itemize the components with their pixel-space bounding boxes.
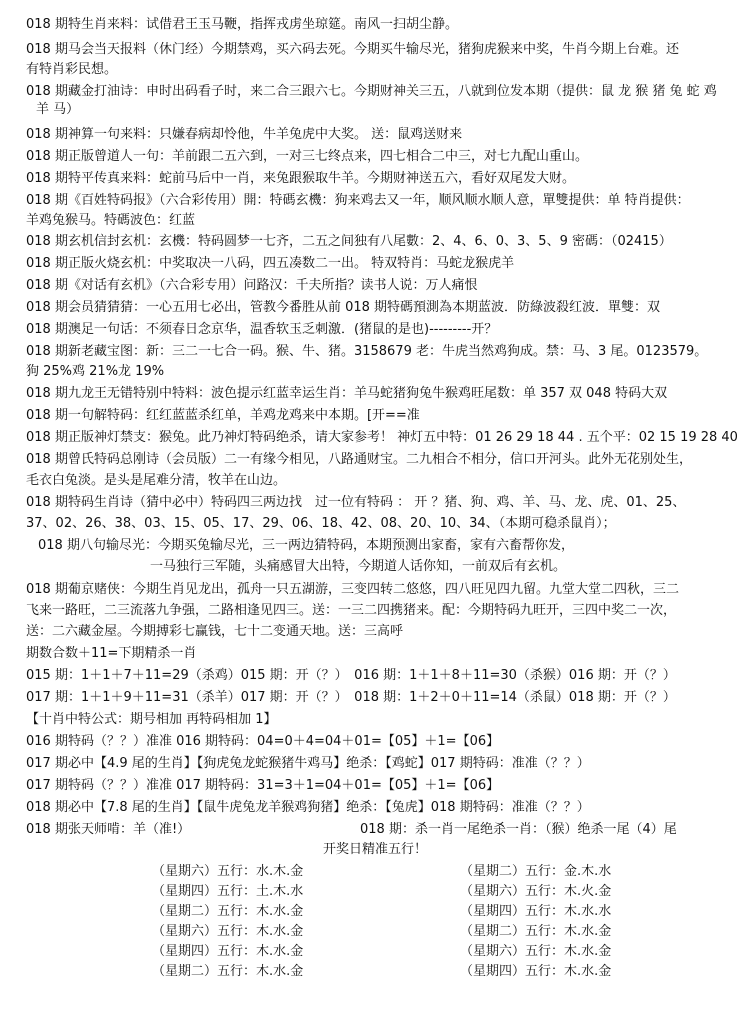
text-line: 017 期必中【4.9 尾的生肖】【狗虎兔龙蛇猴猪牛鸡马】绝杀：【鸡蛇】017 … xyxy=(26,754,736,774)
wuxing-entry: （星期六）五行：木.水.金 xyxy=(152,922,303,942)
text-line: 018 期正版曾道人一句：羊前跟二五六到，一对三七终点来，四七相合二中三，对七九… xyxy=(26,147,736,167)
wuxing-entry: （星期四）五行：木.水.金 xyxy=(152,942,303,962)
text-line: 羊鸡兔猴马。特碼波色：红蓝 xyxy=(26,211,736,231)
wuxing-entry: （星期六）五行：木.火.金 xyxy=(460,882,611,902)
wuxing-entry: （星期四）五行：木.水.水 xyxy=(460,902,611,922)
text-line: 018 期玄机信封玄机：玄機：特码圆梦一七齐，二五之间独有八尾數：2、4、6、0… xyxy=(26,232,736,252)
text-line: 018 期马会当天报料（休门经）今期禁鸡，买六码去死。今期买牛输尽光，猪狗虎猴来… xyxy=(26,40,736,60)
text-line: 018 期九龙王无错特别中特料：波色提示红蓝幸运生肖：羊马蛇猪狗兔牛猴鸡旺尾数：… xyxy=(26,384,736,404)
wuxing-entry: （星期四）五行：土.木.水 xyxy=(152,882,303,902)
text-line: 018 期必中【7.8 尾的生肖】【鼠牛虎兔龙羊猴鸡狗猪】绝杀：【兔虎】018 … xyxy=(26,798,736,818)
wuxing-entry: （星期六）五行：水.木.金 xyxy=(152,862,303,882)
text-line: 018 期葡京赌侠：今期生肖见龙出，孤舟一只五湖游，三变四转二悠悠，四八旺见四九… xyxy=(26,580,736,600)
text-line: 018 期澳足一句话：不须春日念京华，温香软玉乏刺激．(猪鼠的是也)------… xyxy=(26,320,736,340)
text-line: 018 期特码生肖诗（猜中必中）特码四三两边找 过一位有特码 ： 开 ？猪、狗、… xyxy=(26,493,736,513)
text-line: 018 期藏金打油诗：申时出码看子时，来二合三跟六七。今期财神关三五，八就到位发… xyxy=(26,82,736,102)
text-line: 018 期正版神灯禁支：猴兔。此乃神灯特码绝杀，请大家参考！ 神灯五中特：01 … xyxy=(26,428,736,448)
text-line: 018 期八句输尽光：今期买兔输尽光，三一两边猜特码，本期预测出家畜，家有六畜帮… xyxy=(38,536,736,556)
wuxing-entry: （星期二）五行：金.木.水 xyxy=(460,862,611,882)
wuxing-entry: （星期二）五行：木.水.金 xyxy=(152,962,303,982)
text-line: 018 期一句解特码：红红蓝蓝杀红单，羊鸡龙鸡来中本期。[开==准 xyxy=(26,406,736,426)
text-line: 有特肖彩民想。 xyxy=(26,60,736,80)
text-line: 羊 马） xyxy=(36,100,736,120)
wuxing-entry: （星期二）五行：木.水.金 xyxy=(460,922,611,942)
text-line: 017 期：1＋1＋9＋11=31（杀羊）017 期：开（？） 018 期：1＋… xyxy=(26,688,736,708)
text-line: 018 期神算一句来料：只嫌春病却怜他，牛羊兔虎中大奖。 送：鼠鸡送财来 xyxy=(26,125,736,145)
wuxing-title: 开奖日精准五行！ xyxy=(0,840,750,860)
text-line: 018 期特平传真来料：蛇前马后中一肖，来兔跟猴取牛羊。今期财神送五六，看好双尾… xyxy=(26,169,736,189)
text-line: 015 期：1＋1＋7＋11=29（杀鸡）015 期：开（？） 016 期：1＋… xyxy=(26,666,736,686)
text-line: 018 期曾氏特码总刚诗（会员版）二一有缘今相见，八路通财宝。二九相合不相分，信… xyxy=(26,450,736,470)
text-line: 37、02、26、38、03、15、05、17、29、06、18、42、08、2… xyxy=(26,514,736,534)
text-line: 018 期《百姓特码报》（六合彩传用）開：特碼玄機：狗来鸡去又一年，顺风顺水顺人… xyxy=(26,191,736,211)
wuxing-entry: （星期六）五行：木.水.金 xyxy=(460,942,611,962)
lottery-document-page: 018 期特生肖来料：试借君王玉马鞭，指挥戎虏坐琼筵。南风一扫胡尘静。 018 … xyxy=(0,0,750,1024)
text-line: 018 期新老藏宝图：新：三二一七合一码。猴、牛、猪。3158679 老：牛虎当… xyxy=(26,342,736,362)
wuxing-entry: （星期四）五行：木.水.金 xyxy=(460,962,611,982)
text-line: 一马独行三军随，头痛感冒大出特，今期道人话你知，一前双后有玄机。 xyxy=(150,557,736,577)
text-line: 送：二六藏金屋。今期搏彩七赢钱，七十二变通天地。送：三高呼 xyxy=(26,622,736,642)
text-line: 毛衣白兔淡。是头是尾难分清，牧羊在山边。 xyxy=(26,471,736,491)
text-line: 期数合数＋11=下期精杀一肖 xyxy=(26,644,736,664)
text-line: 018 期特生肖来料：试借君王玉马鞭，指挥戎虏坐琼筵。南风一扫胡尘静。 xyxy=(26,15,736,35)
text-line: 018 期会员猜猜猜：一心五用七必出，管教今番胜从前 018 期特碼預測為本期蓝… xyxy=(26,298,736,318)
text-line: 017 期特码（？？）准准 017 期特码：31=3＋1=04＋01=【05】＋… xyxy=(26,776,736,796)
text-line: 【十肖中特公式：期号相加 再特码相加 1】 xyxy=(26,710,736,730)
kill-line: 018 期：杀一肖一尾绝杀一肖：（猴）绝杀一尾（4）尾 xyxy=(360,820,736,840)
text-line: 狗 25%鸡 21%龙 19% xyxy=(26,362,736,382)
text-line: 016 期特码（？？）准准 016 期特码：04=0＋4=04＋01=【05】＋… xyxy=(26,732,736,752)
text-line: 018 期《对话有玄机》（六合彩专用）问路汉：千夫所指？读书人说：万人痛恨 xyxy=(26,276,736,296)
text-line: 018 期正版火烧玄机：中奖取决一八码，四五凑数二一出。 特双特肖：马蛇龙猴虎羊 xyxy=(26,254,736,274)
wuxing-entry: （星期二）五行：木.水.金 xyxy=(152,902,303,922)
text-line: 飞来一路旺，二三流落九争强，二路相逢见四三。送：一三二四携猪来。配：今期特码九旺… xyxy=(26,601,736,621)
